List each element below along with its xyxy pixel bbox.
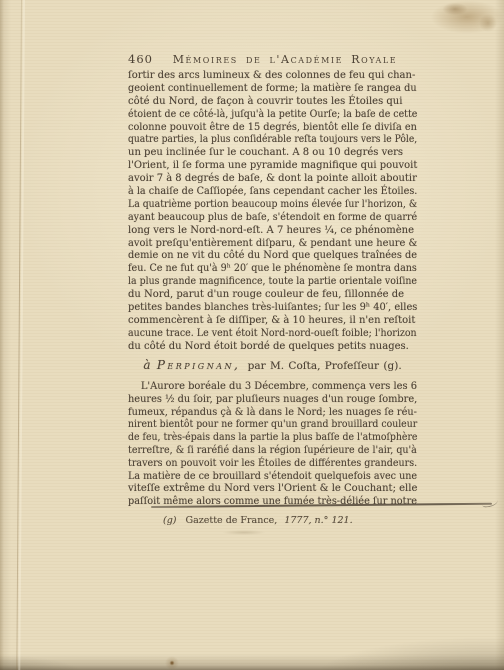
heading-author: par M. Coſta, Profeſſeur (g).: [248, 360, 402, 372]
text-line: du côté du Nord étoit bordé de quelques …: [128, 341, 417, 354]
text-line: commencèrent à ſe diſſiper, & à 10 heure…: [128, 315, 417, 328]
heading-place-name: Perpignan,: [157, 358, 240, 372]
text-line: la plus grande magnificence, toute la pa…: [128, 276, 399, 289]
text-line: ſortir des arcs lumineux & des colonnes …: [128, 70, 417, 83]
section-heading: à Perpignan, par M. Coſta, Profeſſeur (g…: [128, 358, 417, 374]
text-line: geoient continuellement de forme; la mat…: [128, 83, 408, 96]
text-line: La matière de ce brouillard s'étendoit q…: [128, 471, 405, 484]
footnote-source: Gazette de France,: [186, 515, 278, 526]
text-line: colonne pouvoit être de 15 degrés, bient…: [128, 122, 409, 135]
text-line: long vers le Nord-nord-eſt. A 7 heures ¼…: [128, 225, 417, 238]
footnote-rule-flourish: [482, 497, 499, 508]
text-line: l'Orient, il ſe forma une pyramide magni…: [128, 160, 416, 173]
text-line: avoir 7 à 8 degrés de baſe, & dont la po…: [128, 173, 416, 186]
text-line: La quatrième portion beaucoup moins élev…: [128, 199, 397, 212]
paragraph-perpignan: L'Aurore boréale du 3 Décembre, commença…: [128, 381, 417, 509]
text-line: avoit preſqu'entièrement diſparu, & pend…: [128, 238, 413, 251]
running-header: 460 Mémoires de l'Académie Royale: [128, 52, 417, 66]
text-line: du Nord, parut d'un rouge couleur de feu…: [128, 289, 417, 302]
heading-prefix: à: [143, 358, 150, 372]
book-page-scan: 460 Mémoires de l'Académie Royale ſortir…: [0, 0, 504, 670]
running-title: Mémoires de l'Académie Royale: [153, 53, 417, 66]
text-line: quatre parties, la plus conſidérable reſ…: [128, 134, 392, 147]
text-line: L'Aurore boréale du 3 Décembre, commença…: [128, 381, 414, 394]
footnote-reference: 1777, n.° 121.: [284, 515, 352, 526]
text-line: à la chaiſe de Caſſiopée, ſans cependant…: [128, 186, 407, 199]
paragraph-continuation: ſortir des arcs lumineux & des colonnes …: [128, 70, 417, 354]
text-line: étoient de ce côté-là, juſqu'à la petite…: [128, 109, 401, 122]
text-line: côté du Nord, de façon à couvrir toutes …: [128, 96, 417, 109]
footnote: (g) Gazette de France, 1777, n.° 121.: [163, 515, 353, 526]
text-line: nirent bientôt pour ne former qu'un gran…: [128, 419, 397, 432]
footnote-marker: (g): [163, 515, 177, 526]
text-line: feu. Ce ne fut qu'à 9ʰ 20′ que le phénom…: [128, 263, 405, 276]
text-line: de feu, très-épais dans la partie la plu…: [128, 432, 398, 445]
text-line: terreſtre, & ſi raréfié dans la région ſ…: [128, 445, 403, 458]
text-line: fumeux, répandus çà & là dans le Nord; l…: [128, 407, 410, 420]
text-line: travers on pouvoit voir les Étoiles de d…: [128, 458, 404, 471]
text-line: viteſſe extrême du Nord vers l'Orient & …: [128, 483, 417, 496]
text-line: aucune trace. Le vent étoit Nord-nord-ou…: [128, 328, 402, 341]
text-line: heures ½ du ſoir, par pluſieurs nuages d…: [128, 394, 411, 407]
text-line: ayant beaucoup plus de baſe, s'étendoit …: [128, 212, 404, 225]
text-line: demie on ne vit du côté du Nord que quel…: [128, 250, 411, 263]
text-line: un peu inclinée ſur le couchant. A 8 ou …: [128, 147, 417, 160]
text-line: petites bandes blanches très-luiſantes; …: [128, 302, 413, 315]
page-number: 460: [128, 52, 153, 66]
ink-smudge: [222, 530, 266, 535]
